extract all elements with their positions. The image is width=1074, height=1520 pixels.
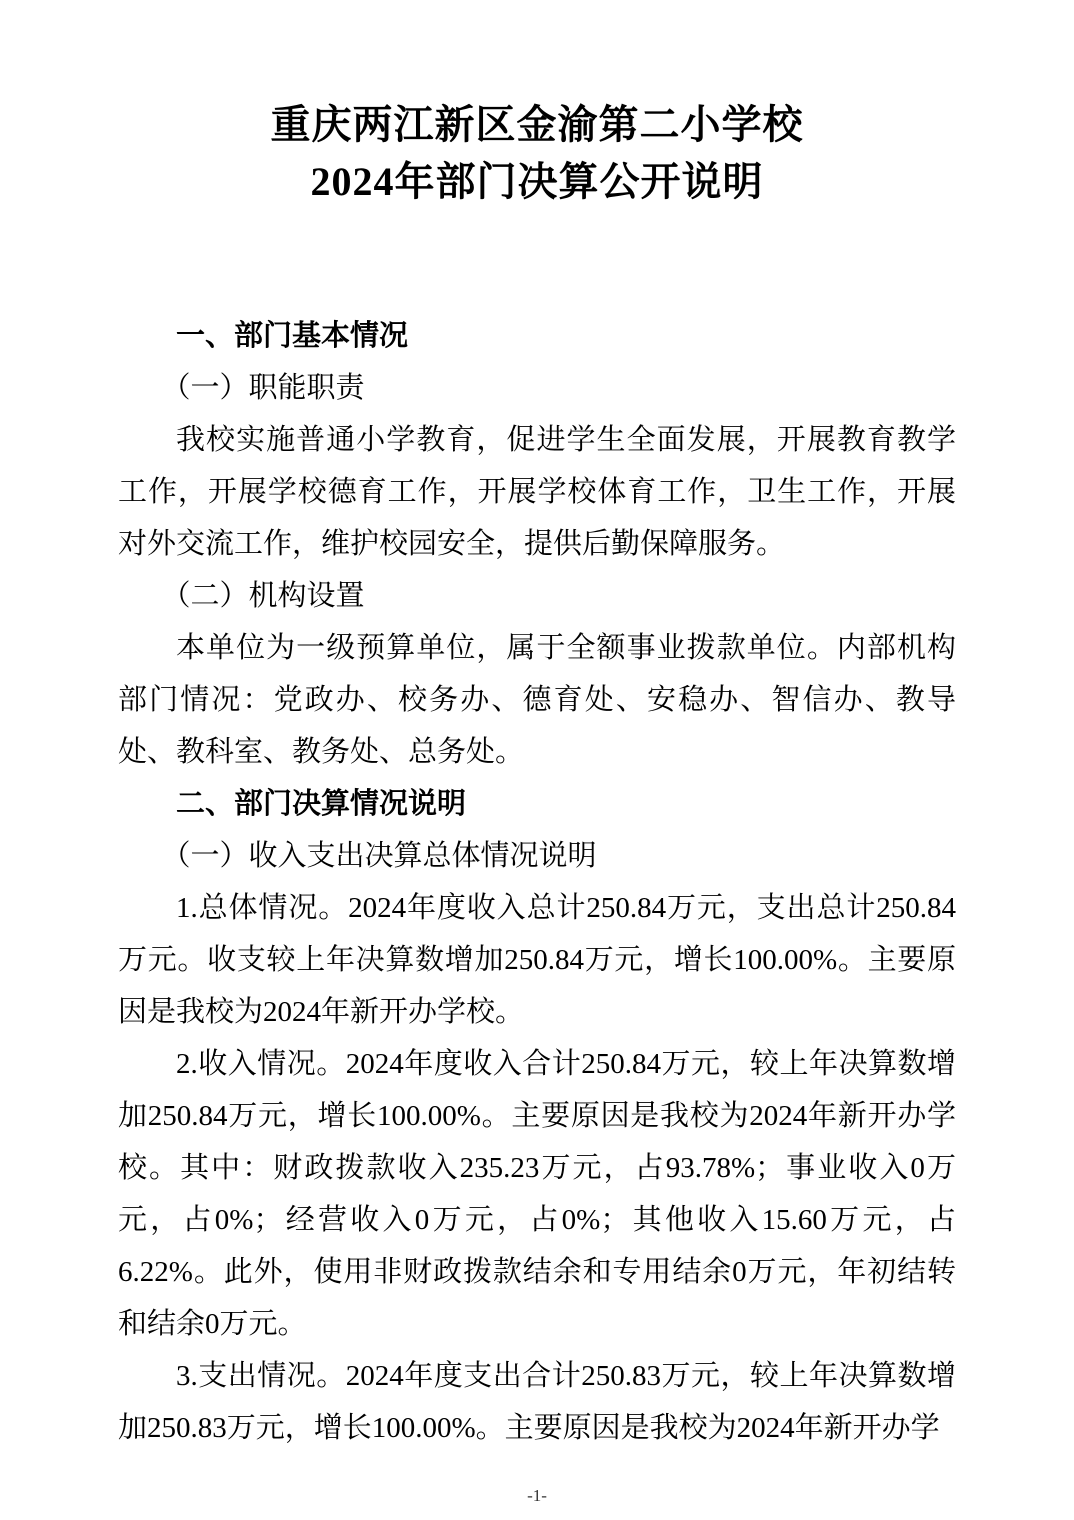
section-heading-basic-info: 一、部门基本情况 — [118, 310, 956, 362]
page-number: -1- — [0, 1486, 1074, 1506]
paragraph-duties: 我校实施普通小学教育，促进学生全面发展，开展教育教学工作，开展学校德育工作，开展… — [118, 414, 956, 570]
subsection-heading-overall-summary: （一）收入支出决算总体情况说明 — [118, 830, 956, 882]
page-content: 重庆两江新区金渝第二小学校 2024年部门决算公开说明 一、部门基本情况 （一）… — [118, 96, 956, 1454]
section-heading-final-accounts: 二、部门决算情况说明 — [118, 778, 956, 830]
paragraph-overall-situation: 1.总体情况。2024年度收入总计250.84万元，支出总计250.84万元。收… — [118, 882, 956, 1038]
title-line-2: 2024年部门决算公开说明 — [118, 153, 956, 210]
subsection-heading-duties: （一）职能职责 — [118, 362, 956, 414]
paragraph-expenditure-situation: 3.支出情况。2024年度支出合计250.83万元，较上年决算数增加250.83… — [118, 1350, 956, 1454]
document-page: 重庆两江新区金渝第二小学校 2024年部门决算公开说明 一、部门基本情况 （一）… — [0, 0, 1074, 1520]
subsection-heading-org-structure: （二）机构设置 — [118, 570, 956, 622]
document-body: 一、部门基本情况 （一）职能职责 我校实施普通小学教育，促进学生全面发展，开展教… — [118, 310, 956, 1454]
title-line-1: 重庆两江新区金渝第二小学校 — [118, 96, 956, 153]
document-title: 重庆两江新区金渝第二小学校 2024年部门决算公开说明 — [118, 96, 956, 210]
paragraph-org-structure: 本单位为一级预算单位，属于全额事业拨款单位。内部机构部门情况：党政办、校务办、德… — [118, 622, 956, 778]
paragraph-income-situation: 2.收入情况。2024年度收入合计250.84万元，较上年决算数增加250.84… — [118, 1038, 956, 1350]
